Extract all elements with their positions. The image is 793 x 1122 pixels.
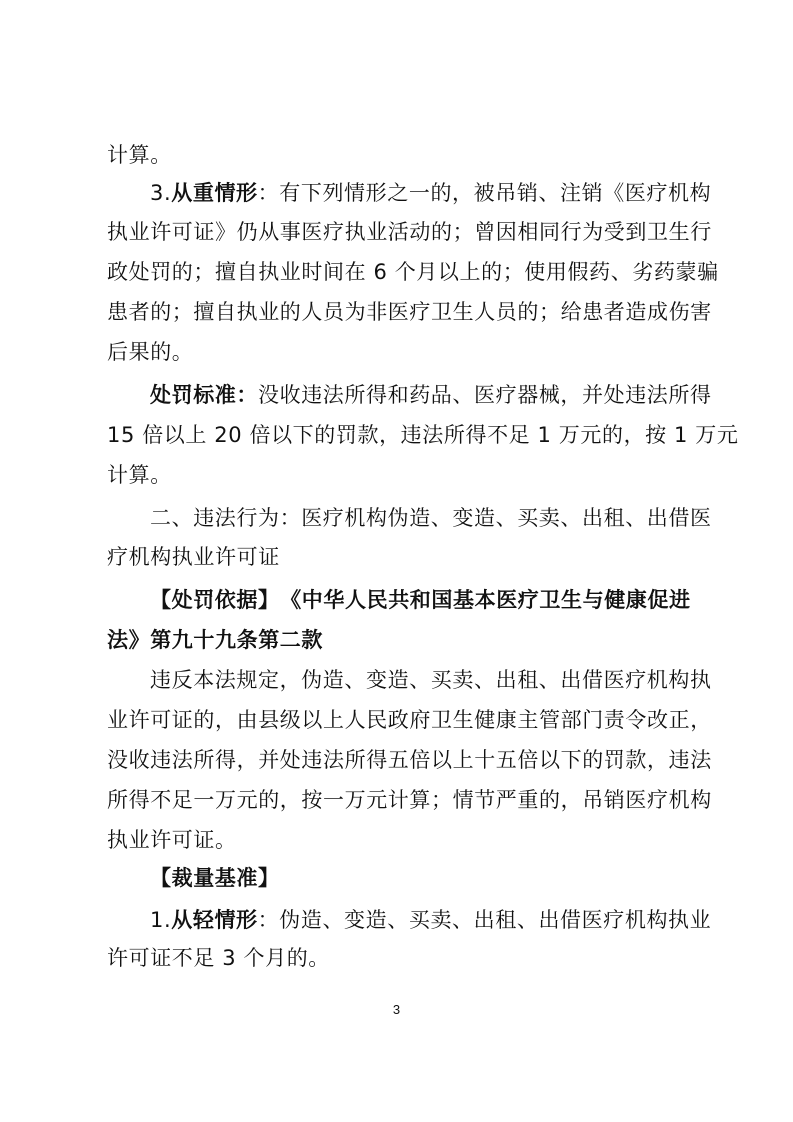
paragraph-line: 政处罚的；擅自执业时间在 6 个月以上的；使用假药、劣药蒙骗 <box>107 258 693 286</box>
paragraph-line: 后果的。 <box>107 338 693 366</box>
penalty-basis-heading-cont: 法》第九十九条第二款 <box>107 626 693 654</box>
aggravated-circumstance-heading: 3.从重情形：有下列情形之一的，被吊销、注销《医疗机构 <box>107 179 736 207</box>
line-text: ：有下列情形之一的，被吊销、注销《医疗机构 <box>258 181 712 205</box>
paragraph-line: 执业许可证。 <box>107 826 693 854</box>
page-number: 3 <box>0 1002 793 1017</box>
line-text: 后果的。 <box>107 340 193 364</box>
line-text: 政处罚的；擅自执业时间在 6 个月以上的；使用假药、劣药蒙骗 <box>107 260 719 284</box>
line-text: 二、违法行为：医疗机构伪造、变造、买卖、出租、出借医 <box>150 506 712 530</box>
paragraph-line: 执业许可证》仍从事医疗执业活动的；曾因相同行为受到卫生行 <box>107 218 693 246</box>
paragraph-line: 15 倍以上 20 倍以下的罚款，违法所得不足 1 万元的，按 1 万元 <box>107 421 693 449</box>
line-text: 执业许可证》仍从事医疗执业活动的；曾因相同行为受到卫生行 <box>107 220 712 244</box>
paragraph-line: 违反本法规定，伪造、变造、买卖、出租、出借医疗机构执 <box>107 666 736 694</box>
document-page: 计算。 3.从重情形：有下列情形之一的，被吊销、注销《医疗机构 执业许可证》仍从… <box>0 0 793 1122</box>
paragraph-line: 疗机构执业许可证 <box>107 543 693 571</box>
paragraph-line: 患者的；擅自执业的人员为非医疗卫生人员的；给患者造成伤害 <box>107 298 693 326</box>
bold-label: 从重情形 <box>171 181 257 205</box>
line-text: 疗机构执业许可证 <box>107 545 280 569</box>
section-heading: 二、违法行为：医疗机构伪造、变造、买卖、出租、出借医 <box>107 504 736 532</box>
paragraph-line: 没收违法所得，并处违法所得五倍以上十五倍以下的罚款，违法 <box>107 746 693 774</box>
line-text: 违反本法规定，伪造、变造、买卖、出租、出借医疗机构执 <box>150 668 712 692</box>
line-text: 所得不足一万元的，按一万元计算；情节严重的，吊销医疗机构 <box>107 788 712 812</box>
paragraph-line: 计算。 <box>107 461 693 489</box>
line-text: 15 倍以上 20 倍以下的罚款，违法所得不足 1 万元的，按 1 万元 <box>107 423 739 447</box>
line-text: 患者的；擅自执业的人员为非医疗卫生人员的；给患者造成伤害 <box>107 300 712 324</box>
line-text: 执业许可证。 <box>107 828 237 852</box>
paragraph-line: 计算。 <box>107 141 693 169</box>
paragraph-line: 业许可证的，由县级以上人民政府卫生健康主管部门责令改正， <box>107 706 693 734</box>
item-number: 1. <box>150 908 171 932</box>
bold-label: 【处罚依据】 《中华人民共和国基本医疗卫生与健康促进 <box>150 588 691 612</box>
line-text: 没收违法所得，并处违法所得五倍以上十五倍以下的罚款，违法 <box>107 748 712 772</box>
item-number: 3. <box>150 181 171 205</box>
bold-label: 【裁量基准】 <box>150 866 280 890</box>
penalty-basis-heading: 【处罚依据】 《中华人民共和国基本医疗卫生与健康促进 <box>107 586 736 614</box>
line-text: 没收违法所得和药品、医疗器械，并处违法所得 <box>258 383 712 407</box>
mitigated-circumstance-heading: 1.从轻情形：伪造、变造、买卖、出租、出借医疗机构执业 <box>107 906 736 934</box>
penalty-standard-heading: 处罚标准：没收违法所得和药品、医疗器械，并处违法所得 <box>107 381 736 409</box>
bold-label: 法》第九十九条第二款 <box>107 628 323 652</box>
paragraph-line: 所得不足一万元的，按一万元计算；情节严重的，吊销医疗机构 <box>107 786 693 814</box>
line-text: 计算。 <box>107 463 172 487</box>
line-text: 许可证不足 3 个月的。 <box>107 946 330 970</box>
line-text: 计算。 <box>107 143 172 167</box>
discretion-standard-heading: 【裁量基准】 <box>107 864 736 892</box>
bold-label: 从轻情形 <box>171 908 257 932</box>
bold-label: 处罚标准： <box>150 383 258 407</box>
line-text: 业许可证的，由县级以上人民政府卫生健康主管部门责令改正， <box>107 708 712 732</box>
paragraph-line: 许可证不足 3 个月的。 <box>107 944 693 972</box>
line-text: ：伪造、变造、买卖、出租、出借医疗机构执业 <box>258 908 712 932</box>
